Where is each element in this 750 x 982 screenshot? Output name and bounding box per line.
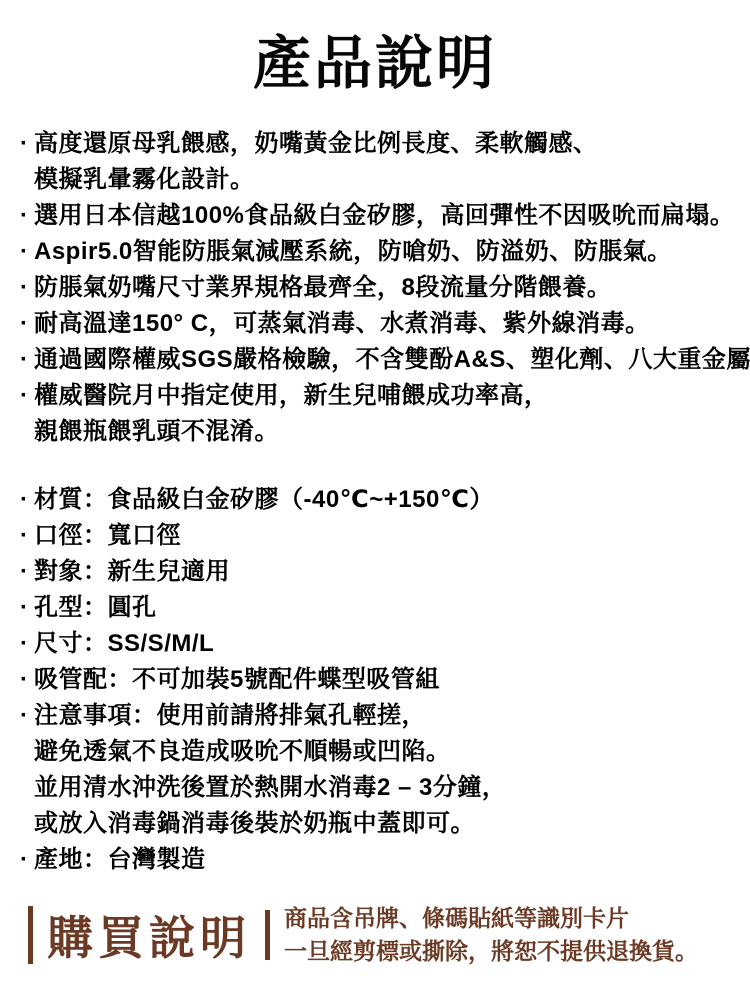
- list-item-text: 注意事項：使用前請將排氣孔輕搓，: [34, 698, 426, 734]
- list-item-text: 選用日本信越100%食品級白金矽膠，高回彈性不因吸吮而扁塌。: [34, 198, 734, 234]
- bullet-dot: ·: [18, 842, 34, 878]
- list-item-text: 孔型：圓孔: [34, 590, 157, 626]
- list-item-text: 材質：食品級白金矽膠（-40℃~+150℃）: [34, 482, 494, 518]
- bullet-dot: ·: [18, 342, 34, 378]
- list-item: · 權威醫院月中指定使用，新生兒哺餵成功率高，: [18, 378, 740, 414]
- list-item: · 產地：台灣製造: [18, 842, 740, 878]
- list-item-text: Aspir5.0智能防脹氣減壓系統，防嗆奶、防溢奶、防脹氣。: [34, 234, 672, 270]
- list-item-continuation: 模擬乳暈霧化設計。: [18, 162, 740, 198]
- list-item: · 選用日本信越100%食品級白金矽膠，高回彈性不因吸吮而扁塌。: [18, 198, 740, 234]
- list-item-text: 吸管配：不可加裝5號配件蝶型吸管組: [34, 662, 440, 698]
- list-item-text: 對象：新生兒適用: [34, 554, 230, 590]
- bullet-dot: ·: [18, 126, 34, 162]
- list-item: · 高度還原母乳餵感，奶嘴黃金比例長度、柔軟觸感、: [18, 126, 740, 162]
- bullet-dot: ·: [18, 554, 34, 590]
- list-item-text: 避免透氣不良造成吸吮不順暢或凹陷。: [34, 734, 451, 770]
- list-item: · 注意事項：使用前請將排氣孔輕搓，: [18, 698, 740, 734]
- list-item: · Aspir5.0智能防脹氣減壓系統，防嗆奶、防溢奶、防脹氣。: [18, 234, 740, 270]
- bullet-dot: ·: [18, 626, 34, 662]
- bullet-dot: ·: [18, 270, 34, 306]
- list-item: · 口徑：寬口徑: [18, 518, 740, 554]
- bullet-dot: ·: [18, 662, 34, 698]
- list-item: · 防脹氣奶嘴尺寸業界規格最齊全，8段流量分階餵養。: [18, 270, 740, 306]
- list-item-continuation: 並用清水沖洗後置於熱開水消毒2 – 3分鐘，: [18, 770, 740, 806]
- list-item: · 材質：食品級白金矽膠（-40℃~+150℃）: [18, 482, 740, 518]
- purchase-note-line: 商品含吊牌、條碼貼紙等識別卡片: [284, 902, 698, 935]
- list-item-text: 通過國際權威SGS嚴格檢驗，不含雙酚A&S、塑化劑、八大重金屬。: [34, 342, 750, 378]
- bullet-dot: ·: [18, 198, 34, 234]
- list-item-text: 模擬乳暈霧化設計。: [34, 162, 255, 198]
- purchase-info-notes: 商品含吊牌、條碼貼紙等識別卡片 一旦經剪標或撕除，將恕不提供退換貨。: [284, 902, 698, 968]
- list-item: · 孔型：圓孔: [18, 590, 740, 626]
- list-item-text: 防脹氣奶嘴尺寸業界規格最齊全，8段流量分階餵養。: [34, 270, 611, 306]
- list-item-text: 親餵瓶餵乳頭不混淆。: [34, 414, 279, 450]
- vertical-divider-left: [28, 906, 33, 964]
- bullet-dot: ·: [18, 234, 34, 270]
- list-item: · 尺寸：SS/S/M/L: [18, 626, 740, 662]
- feature-list: · 高度還原母乳餵感，奶嘴黃金比例長度、柔軟觸感、 模擬乳暈霧化設計。 · 選用…: [0, 126, 750, 450]
- bullet-dot: ·: [18, 518, 34, 554]
- bullet-dot: ·: [18, 482, 34, 518]
- purchase-note-line: 一旦經剪標或撕除，將恕不提供退換貨。: [284, 935, 698, 968]
- list-item-text: 尺寸：SS/S/M/L: [34, 626, 214, 662]
- list-item: · 對象：新生兒適用: [18, 554, 740, 590]
- list-item-text: 口徑：寬口徑: [34, 518, 181, 554]
- bullet-dot: ·: [18, 378, 34, 414]
- list-item: · 通過國際權威SGS嚴格檢驗，不含雙酚A&S、塑化劑、八大重金屬。: [18, 342, 740, 378]
- purchase-info-heading: 購買說明: [47, 902, 251, 968]
- list-item-continuation: 親餵瓶餵乳頭不混淆。: [18, 414, 740, 450]
- product-description-page: 產品說明 · 高度還原母乳餵感，奶嘴黃金比例長度、柔軟觸感、 模擬乳暈霧化設計。…: [0, 0, 750, 982]
- list-item-continuation: 或放入消毒鍋消毒後裝於奶瓶中蓋即可。: [18, 806, 740, 842]
- list-item-text: 高度還原母乳餵感，奶嘴黃金比例長度、柔軟觸感、: [34, 126, 598, 162]
- bullet-dot: ·: [18, 590, 34, 626]
- list-item-continuation: 避免透氣不良造成吸吮不順暢或凹陷。: [18, 734, 740, 770]
- list-item: · 耐高溫達150° C，可蒸氣消毒、水煮消毒、紫外線消毒。: [18, 306, 740, 342]
- vertical-divider-right: [265, 910, 270, 960]
- list-item-text: 產地：台灣製造: [34, 842, 206, 878]
- list-item: · 吸管配：不可加裝5號配件蝶型吸管組: [18, 662, 740, 698]
- list-item-text: 耐高溫達150° C，可蒸氣消毒、水煮消毒、紫外線消毒。: [34, 306, 650, 342]
- list-item-text: 或放入消毒鍋消毒後裝於奶瓶中蓋即可。: [34, 806, 475, 842]
- spec-list: · 材質：食品級白金矽膠（-40℃~+150℃） · 口徑：寬口徑 · 對象：新…: [0, 482, 750, 878]
- purchase-info-section: 購買說明 商品含吊牌、條碼貼紙等識別卡片 一旦經剪標或撕除，將恕不提供退換貨。: [28, 902, 698, 968]
- list-item-text: 權威醫院月中指定使用，新生兒哺餵成功率高，: [34, 378, 549, 414]
- bullet-dot: ·: [18, 698, 34, 734]
- bullet-dot: ·: [18, 306, 34, 342]
- page-title: 產品說明: [0, 16, 750, 100]
- list-item-text: 並用清水沖洗後置於熱開水消毒2 – 3分鐘，: [34, 770, 506, 806]
